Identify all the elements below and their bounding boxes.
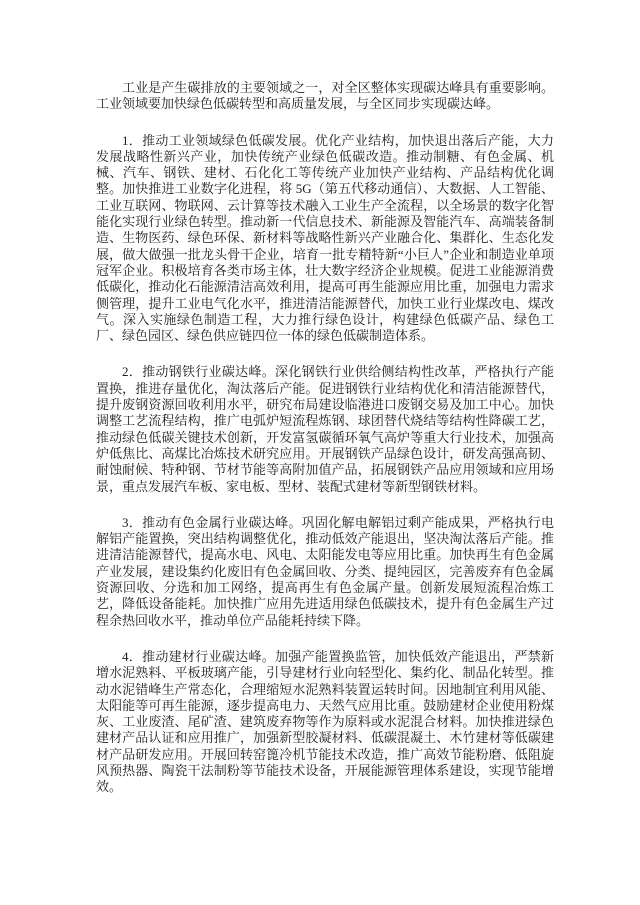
document-body: 工业是产生碳排放的主要领域之一，对全区整体实现碳达峰具有重要影响。工业领域要加快… — [96, 80, 554, 796]
intro-paragraph: 工业是产生碳排放的主要领域之一，对全区整体实现碳达峰具有重要影响。工业领域要加快… — [96, 80, 554, 113]
document-page: 工业是产生碳排放的主要领域之一，对全区整体实现碳达峰具有重要影响。工业领域要加快… — [0, 0, 640, 905]
section-paragraph-1: 1．推动工业领域绿色低碳发展。优化产业结构，加快退出落后产能，大力发展战略性新兴… — [96, 133, 554, 345]
section-paragraph-3: 3．推动有色金属行业碳达峰。巩固化解电解铝过剩产能成果，严格执行电解铝产能置换，… — [96, 515, 554, 629]
section-paragraph-2: 2．推动钢铁行业碳达峰。深化钢铁行业供给侧结构性改革，严格执行产能置换，推进存量… — [96, 364, 554, 494]
section-paragraph-4: 4．推动建材行业碳达峰。加强产能置换监管，加快低效产能退出，严禁新增水泥熟料、平… — [96, 649, 554, 796]
